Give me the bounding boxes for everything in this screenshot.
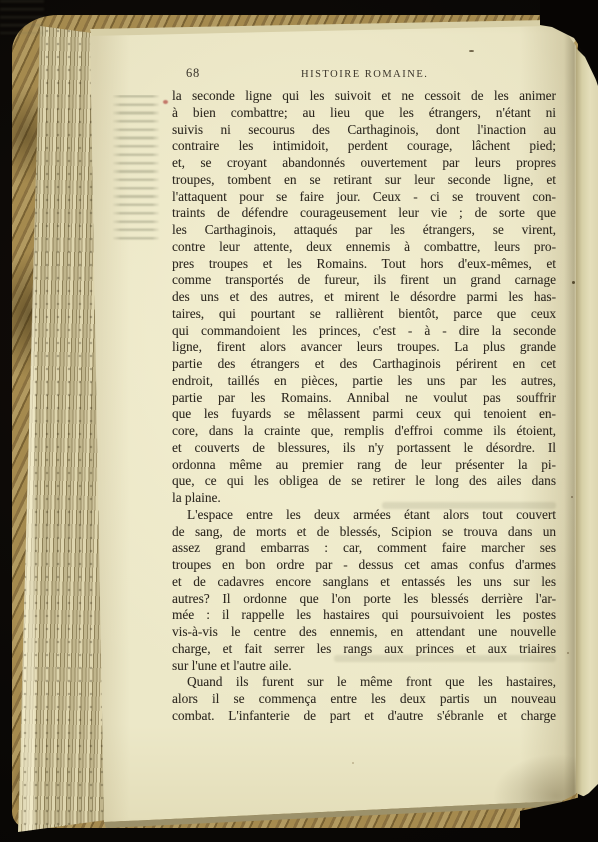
body-text: la seconde ligne qui les suivoit et ne c… <box>172 88 556 725</box>
margin-note-showthrough <box>112 95 160 241</box>
page-number: 68 <box>186 66 200 81</box>
text-line: autres? Il ordonne que l'on porte les bl… <box>172 591 556 608</box>
text-line: traints de défendre courageusement leur … <box>172 205 556 222</box>
text-line: la seconde ligne qui les suivoit et ne c… <box>172 88 556 105</box>
foxing-speck <box>571 496 573 498</box>
text-line: comme transportés de fureur, ils firent … <box>172 272 556 289</box>
text-line: suivis ni secourus des Carthaginois, don… <box>172 122 556 139</box>
text-line: core, dans la crainte que, remplis d'eff… <box>172 423 556 440</box>
red-ink-mark <box>163 100 168 104</box>
text-line: sur l'une et l'autre aile. <box>172 658 556 675</box>
text-line: partie par les Romains. Annibal ne voulu… <box>172 390 556 407</box>
paragraph: Quand ils furent sur le même front que l… <box>172 674 556 724</box>
foxing-speck <box>572 281 575 284</box>
foxing-speck <box>352 762 354 764</box>
scanned-book-page-photo: 68 HISTOIRE ROMAINE. la seconde ligne qu… <box>0 0 598 842</box>
paragraph: la seconde ligne qui les suivoit et ne c… <box>172 88 556 507</box>
text-line: L'espace entre les deux armées étant alo… <box>172 507 556 524</box>
text-line: contre leur attente, deux ennemis à comb… <box>172 239 556 256</box>
text-showthrough <box>0 0 44 34</box>
text-line: et couverts de blessures, ils n'y portas… <box>172 440 556 457</box>
text-line: contraire les intimidoit, perdent courag… <box>172 138 556 155</box>
text-line: que les fuyards se mêlassent parmi ceux … <box>172 406 556 423</box>
text-line: vis-à-vis le centre des ennemis, en atte… <box>172 624 556 641</box>
text-line: la plaine. <box>172 490 556 507</box>
running-title: HISTOIRE ROMAINE. <box>301 69 428 80</box>
text-line: des uns et des autres, et mirent le déso… <box>172 289 556 306</box>
text-line: et de cadavres encore sanglans et entass… <box>172 574 556 591</box>
text-line: pres troupes et les Romains. Tout hors d… <box>172 256 556 273</box>
text-line: endroit, taillés en pièces, partie les u… <box>172 373 556 390</box>
text-line: alors il se commença entre les deux part… <box>172 691 556 708</box>
text-line: à bien combattre; au lieu que les étrang… <box>172 105 556 122</box>
text-line: partie des étrangers et des Carthaginois… <box>172 356 556 373</box>
text-line: troupes, tombent en se retirant sur leur… <box>172 172 556 189</box>
text-line: combat. L'infanterie de part et d'autre … <box>172 708 556 725</box>
text-line: les Carthaginois, attaqués par les étran… <box>172 222 556 239</box>
text-line: que, ce qui les obligea de se retirer le… <box>172 473 556 490</box>
text-line: charge, et fait serrer les rangs aux pri… <box>172 641 556 658</box>
text-line: et, se croyant abandonnés ouvertement pa… <box>172 155 556 172</box>
text-line: troupes en bon ordre par - dessus cet am… <box>172 557 556 574</box>
text-line: ligne, firent alors avancer leurs troupe… <box>172 339 556 356</box>
text-line: taires, qui pourtant se rallièrent bient… <box>172 306 556 323</box>
foxing-speck <box>469 50 474 52</box>
paragraph: L'espace entre les deux armées étant alo… <box>172 507 556 675</box>
text-line: mée : il rappelle les hastaires qui pour… <box>172 607 556 624</box>
text-line: ordonna même au premier rang de leur pré… <box>172 457 556 474</box>
text-line: Quand ils furent sur le même front que l… <box>172 674 556 691</box>
text-line: l'attaquent pour se faire jour. Ceux - c… <box>172 189 556 206</box>
text-line: de sang, de morts et de blessés, Scipion… <box>172 524 556 541</box>
printed-page-content: 68 HISTOIRE ROMAINE. la seconde ligne qu… <box>0 0 598 842</box>
foxing-speck <box>567 652 569 654</box>
text-line: qui commandoient les princes, c'est - à … <box>172 323 556 340</box>
text-line: assez grand embarras : car, comment fair… <box>172 540 556 557</box>
